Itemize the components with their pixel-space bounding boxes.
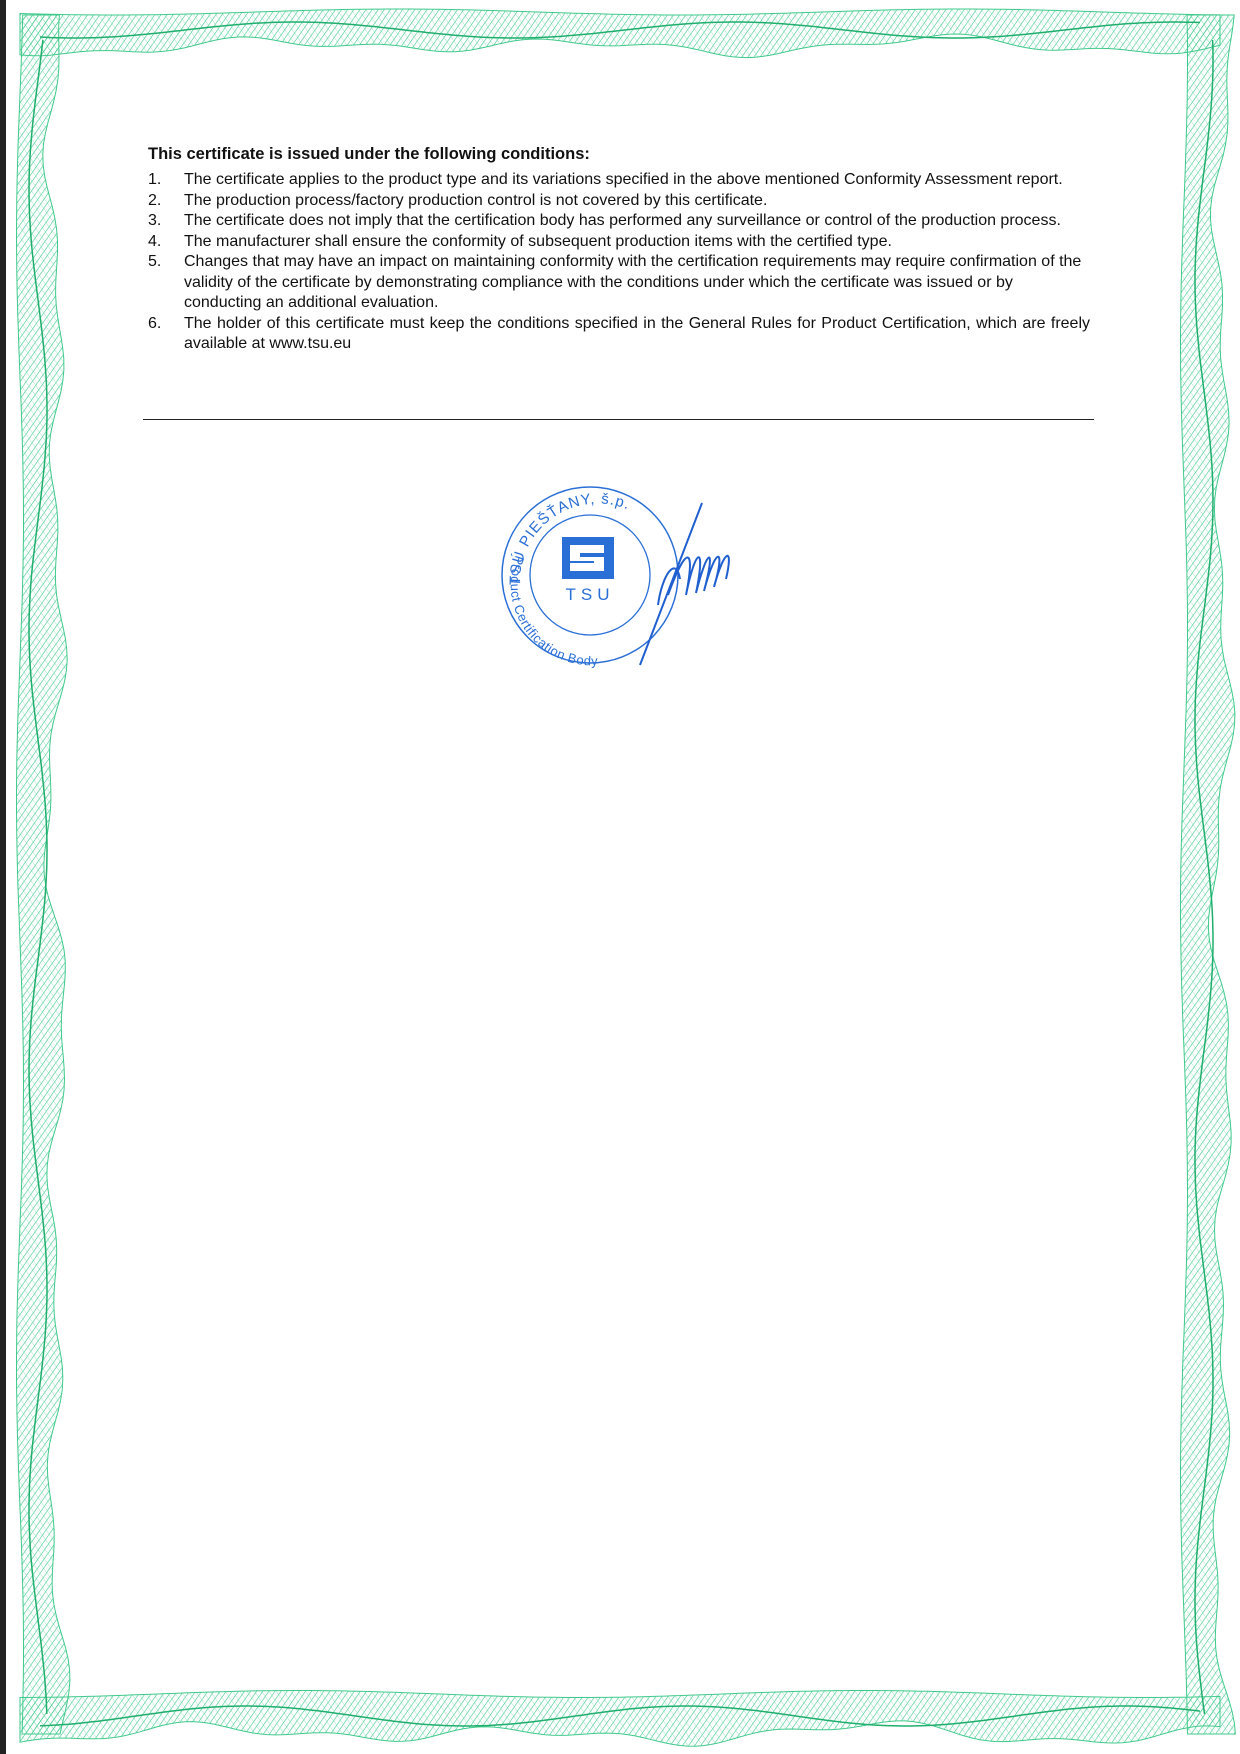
signature-icon (640, 503, 729, 665)
condition-item: 2.The production process/factory product… (148, 191, 1090, 212)
certification-stamp: TSU TSÚ PIEŠŤANY, š.p. Product Certifica… (490, 475, 790, 695)
condition-number: 4. (148, 232, 184, 253)
condition-text: The holder of this certificate must keep… (184, 314, 1090, 355)
conditions-list: 1.The certificate applies to the product… (148, 170, 1090, 355)
tsu-logo-icon (562, 537, 614, 579)
condition-number: 5. (148, 252, 184, 314)
condition-item: 6.The holder of this certificate must ke… (148, 314, 1090, 355)
stamp-logo-text: TSU (566, 585, 615, 604)
condition-item: 4.The manufacturer shall ensure the conf… (148, 232, 1090, 253)
condition-number: 1. (148, 170, 184, 191)
condition-number: 2. (148, 191, 184, 212)
condition-text: The certificate does not imply that the … (184, 211, 1090, 232)
conditions-section: This certificate is issued under the fol… (148, 145, 1090, 355)
condition-item: 5.Changes that may have an impact on mai… (148, 252, 1090, 314)
condition-text: The certificate applies to the product t… (184, 170, 1090, 191)
condition-number: 3. (148, 211, 184, 232)
condition-text: Changes that may have an impact on maint… (184, 252, 1090, 314)
condition-number: 6. (148, 314, 184, 355)
condition-item: 1.The certificate applies to the product… (148, 170, 1090, 191)
condition-item: 3.The certificate does not imply that th… (148, 211, 1090, 232)
condition-text: The manufacturer shall ensure the confor… (184, 232, 1090, 253)
divider-line (143, 419, 1094, 420)
condition-text: The production process/factory productio… (184, 191, 1090, 212)
conditions-heading: This certificate is issued under the fol… (148, 145, 1090, 164)
